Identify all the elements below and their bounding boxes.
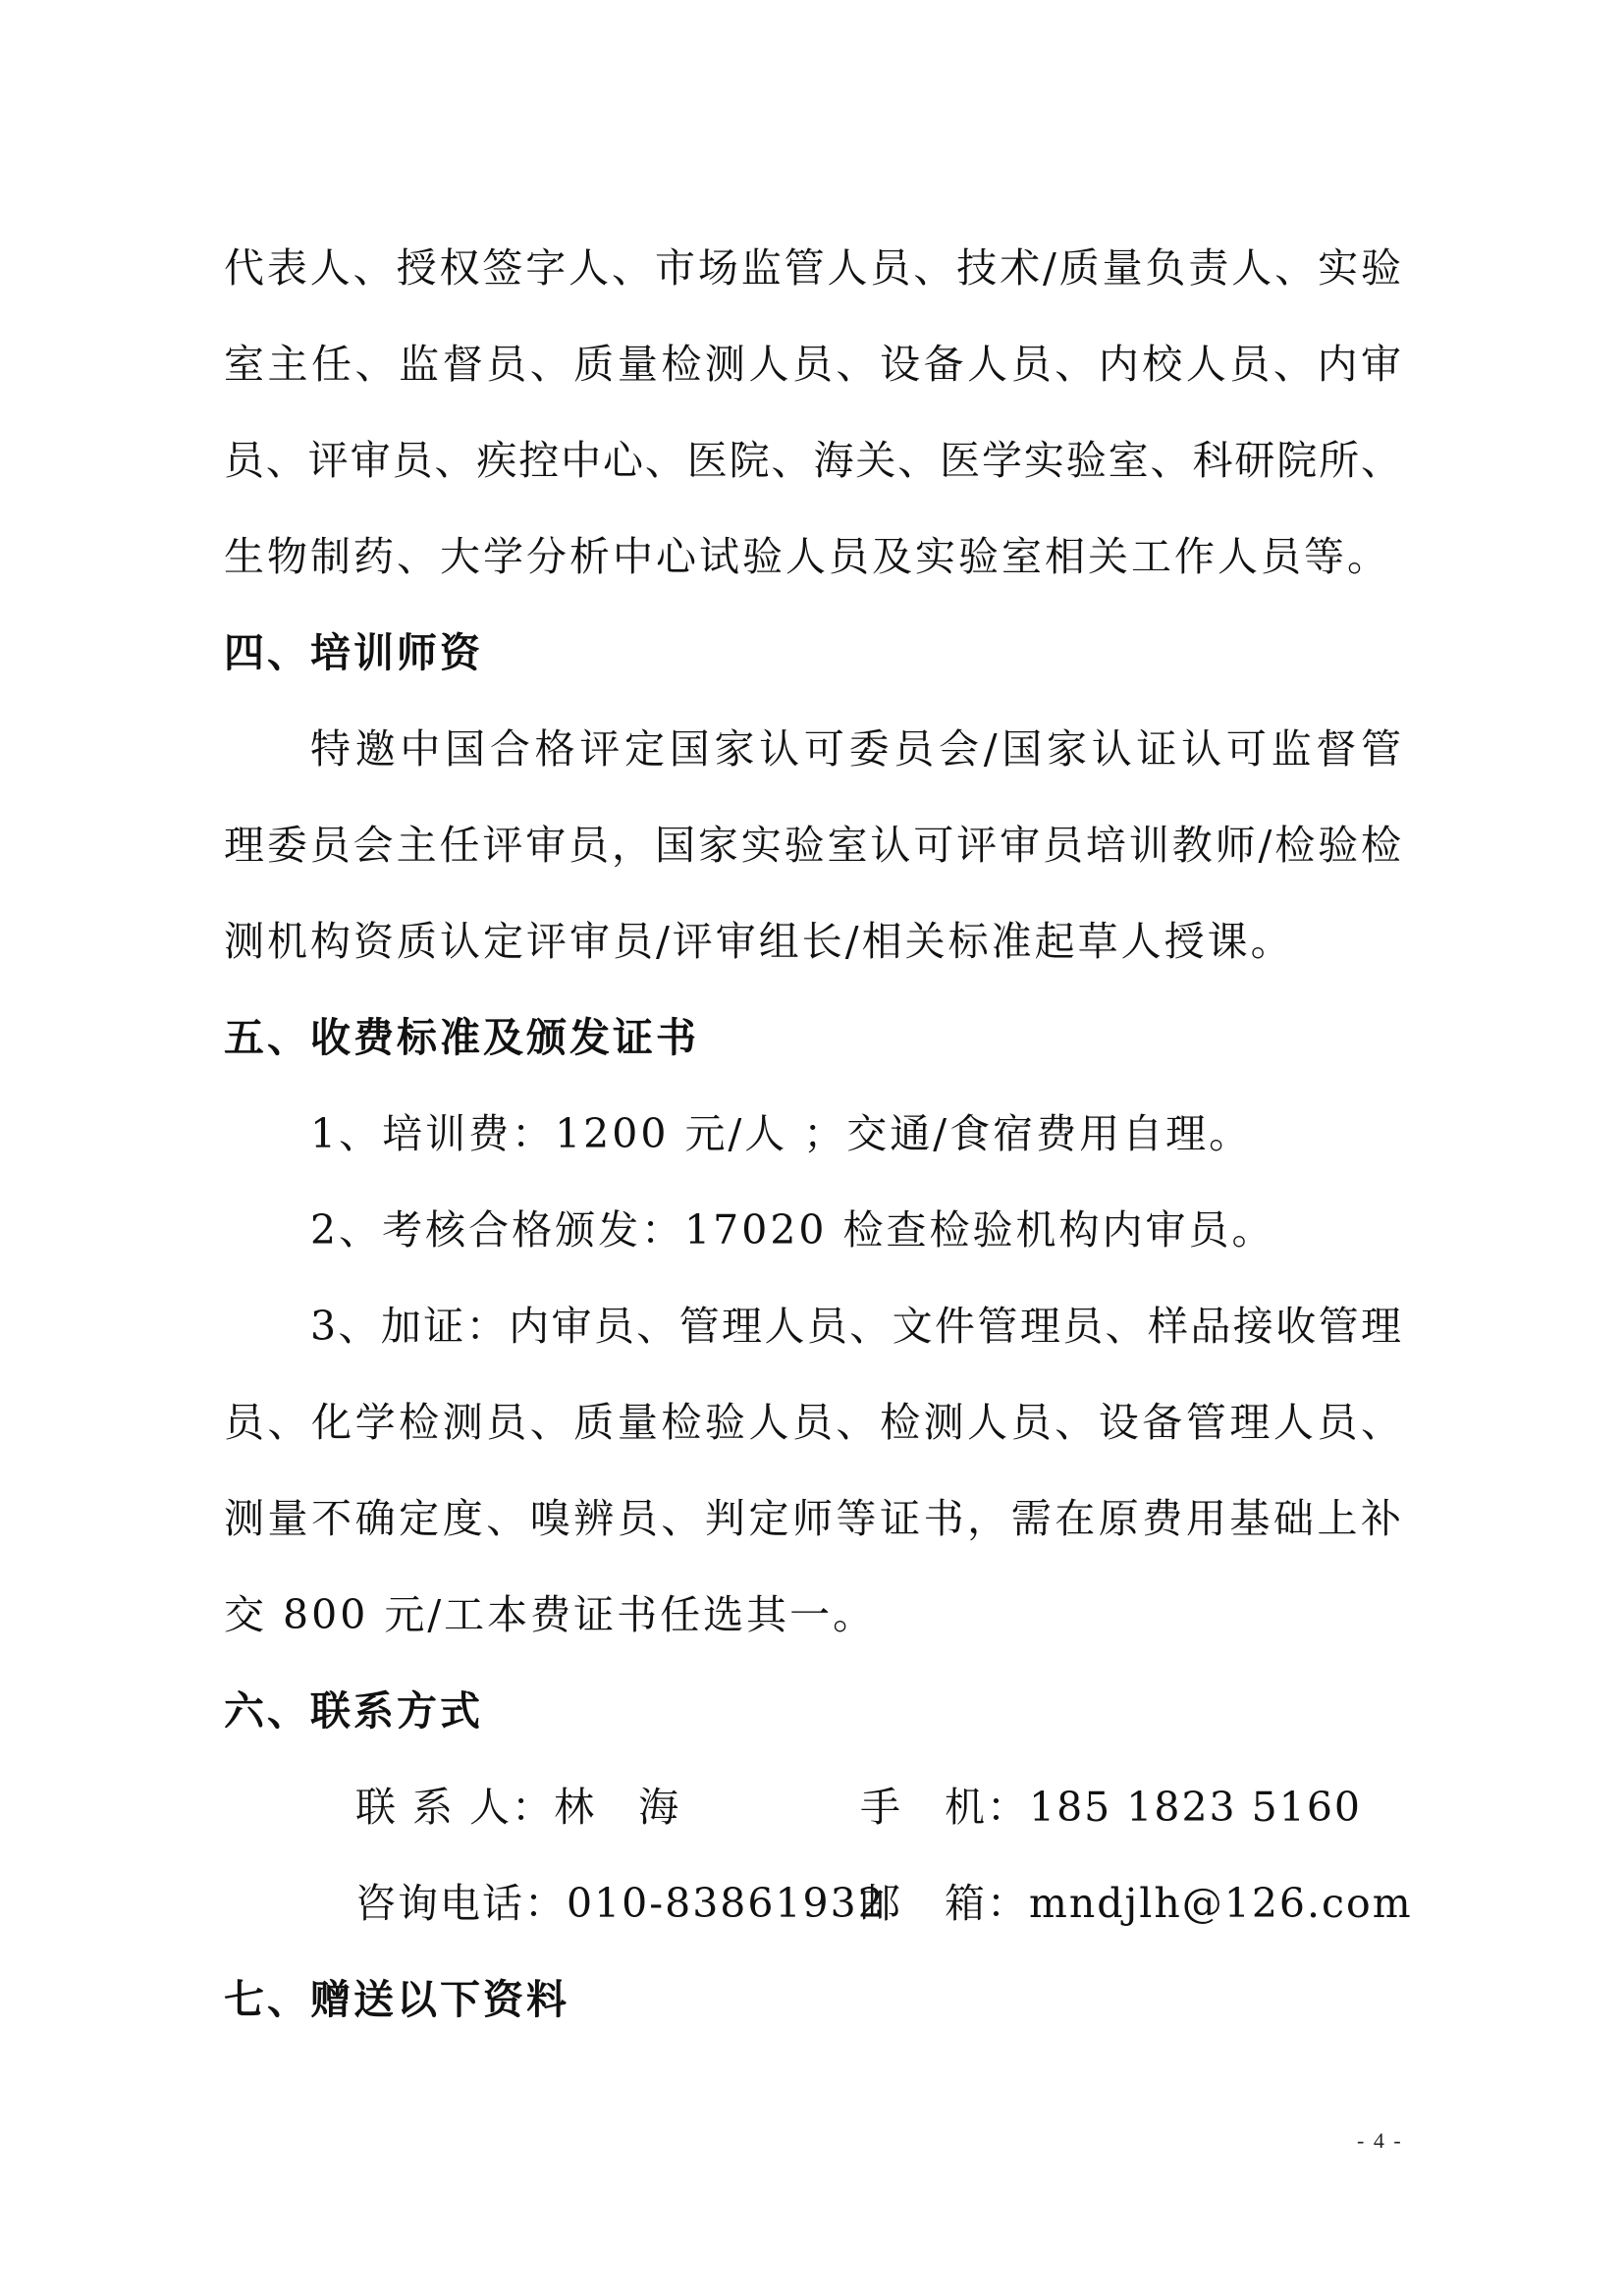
mobile-label: 手 机： xyxy=(860,1784,1029,1831)
contact-person-label: 联 系 人： xyxy=(355,1784,554,1831)
document-page: 代表人、授权签字人、市场监管人员、技术/质量负责人、实验 室主任、监督员、质量检… xyxy=(0,0,1624,2296)
contact-person-name: 林 海 xyxy=(554,1784,680,1831)
trainers-paragraph-line: 测机构资质认定评审员/评审组长/相关标准起草人授课。 xyxy=(224,893,1402,989)
contact-row-person: 联 系 人：林 海 手 机：185 1823 5160 xyxy=(224,1759,1402,1855)
email-address[interactable]: mndjlh@126.com xyxy=(1029,1880,1413,1927)
phone-label: 咨询电话： xyxy=(355,1880,567,1927)
phone-number: 010-83861932 xyxy=(567,1880,886,1927)
fee-item-training: 1、培训费：1200 元/人 ；交通/食宿费用自理。 xyxy=(224,1086,1402,1182)
fee-item-extra-cert: 测量不确定度、嗅辨员、判定师等证书，需在原费用基础上补 xyxy=(224,1470,1402,1567)
body-line: 室主任、监督员、质量检测人员、设备人员、内校人员、内审 xyxy=(224,316,1402,412)
mobile-group: 手 机：185 1823 5160 xyxy=(860,1759,1362,1855)
section-heading-fees: 五、收费标准及颁发证书 xyxy=(224,989,1402,1086)
email-label: 邮 箱： xyxy=(860,1880,1029,1927)
section-heading-contact: 六、联系方式 xyxy=(224,1663,1402,1759)
fee-item-extra-cert: 3、加证：内审员、管理人员、文件管理员、样品接收管理 xyxy=(224,1278,1402,1374)
page-number: - 4 - xyxy=(1357,2128,1403,2154)
fee-item-certificate: 2、考核合格颁发：17020 检查检验机构内审员。 xyxy=(224,1182,1402,1278)
fee-item-extra-cert: 员、化学检测员、质量检验人员、检测人员、设备管理人员、 xyxy=(224,1374,1402,1470)
body-line: 代表人、授权签字人、市场监管人员、技术/质量负责人、实验 xyxy=(224,220,1402,316)
contact-row-phone: 咨询电话：010-83861932 邮 箱：mndjlh@126.com xyxy=(224,1855,1402,1951)
trainers-paragraph-line: 理委员会主任评审员，国家实验室认可评审员培训教师/检验检 xyxy=(224,797,1402,893)
body-line: 生物制药、大学分析中心试验人员及实验室相关工作人员等。 xyxy=(224,508,1402,605)
fee-item-extra-cert: 交 800 元/工本费证书任选其一。 xyxy=(224,1567,1402,1663)
document-body: 代表人、授权签字人、市场监管人员、技术/质量负责人、实验 室主任、监督员、质量检… xyxy=(224,220,1402,2048)
email-group: 邮 箱：mndjlh@126.com xyxy=(860,1855,1413,1951)
mobile-number: 185 1823 5160 xyxy=(1029,1784,1362,1831)
trainers-paragraph-line: 特邀中国合格评定国家认可委员会/国家认证认可监督管 xyxy=(224,701,1402,797)
body-line: 员、评审员、疾控中心、医院、海关、医学实验室、科研院所、 xyxy=(224,412,1402,508)
section-heading-trainers: 四、培训师资 xyxy=(224,605,1402,701)
section-heading-gifts: 七、赠送以下资料 xyxy=(224,1951,1402,2048)
